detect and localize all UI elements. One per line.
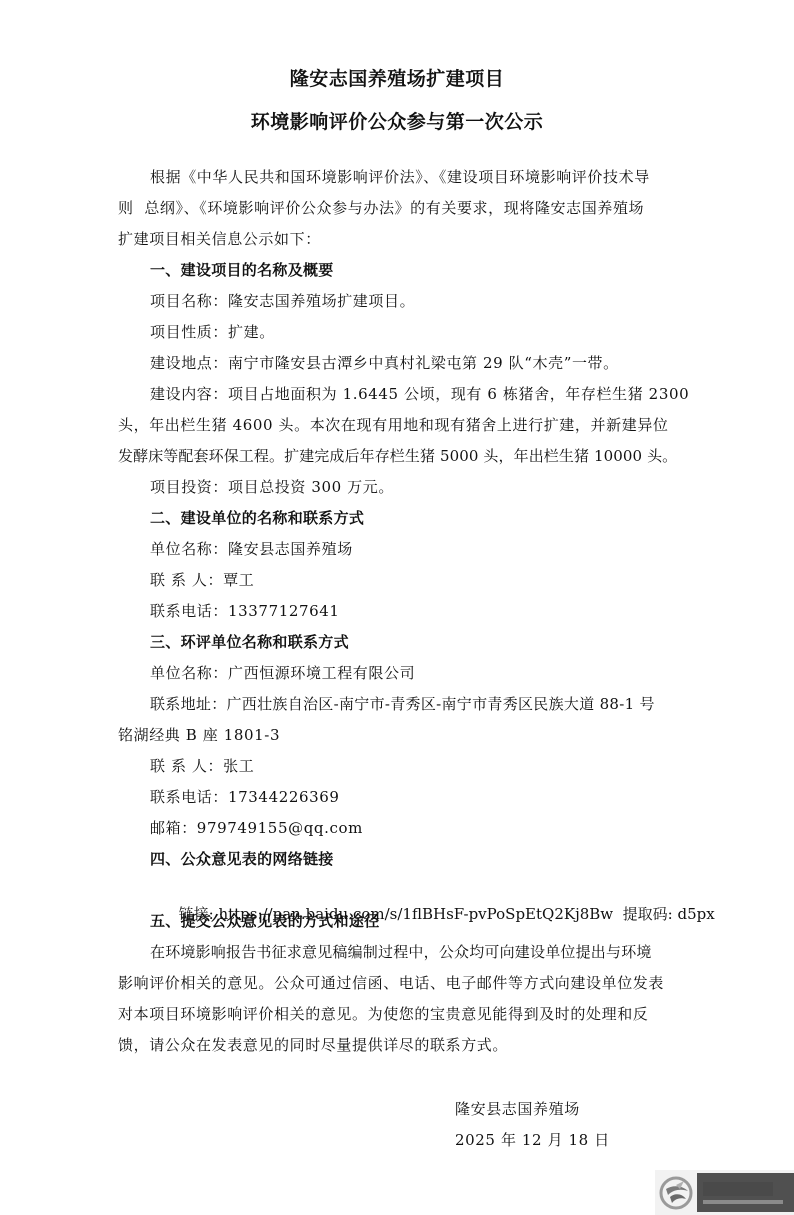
signature-date: 2025 年 12 月 18 日 xyxy=(455,1129,610,1150)
intro-line: 根据《中华人民共和国环境影响评价法》、《建设项目环境影响评价技术导 xyxy=(118,165,678,196)
document-page: 隆安志国养殖场扩建项目 环境影响评价公众参与第一次公示 根据《中华人民共和国环境… xyxy=(0,0,794,1215)
feedback-link-line: 链接: https://pan.baidu.com/s/1flBHsF-pvPo… xyxy=(118,878,678,909)
eia-phone: 联系电话：17344226369 xyxy=(118,785,678,816)
project-name: 项目名称：隆安志国养殖场扩建项目。 xyxy=(118,289,678,320)
builder-phone: 联系电话：13377127641 xyxy=(118,599,678,630)
eia-contact: 联 系 人：张工 xyxy=(118,754,678,785)
logo-text-block xyxy=(697,1173,794,1212)
project-investment: 项目投资：项目总投资 300 万元。 xyxy=(118,475,678,506)
document-body: 根据《中华人民共和国环境影响评价法》、《建设项目环境影响评价技术导 则 总纲》、… xyxy=(118,165,678,1064)
eia-unit-name: 单位名称：广西恒源环境工程有限公司 xyxy=(118,661,678,692)
signature-org: 隆安县志国养殖场 xyxy=(455,1098,580,1119)
intro-line: 扩建项目相关信息公示如下： xyxy=(118,227,678,258)
project-content-line: 头，年出栏生猪 4600 头。本次在现有用地和现有猪舍上进行扩建，并新建异位 xyxy=(118,413,678,444)
eia-email: 邮箱：979749155@qq.com xyxy=(118,816,678,847)
section5-line: 馈，请公众在发表意见的同时尽量提供详尽的联系方式。 xyxy=(118,1033,678,1064)
section4-heading: 四、公众意见表的网络链接 xyxy=(118,847,678,878)
eia-address-line: 联系地址：广西壮族自治区-南宁市-青秀区-南宁市青秀区民族大道 88-1 号 xyxy=(118,692,678,723)
watermark-logo xyxy=(655,1170,794,1215)
section5-line: 在环境影响报告书征求意见稿编制过程中，公众均可向建设单位提出与环境 xyxy=(118,940,678,971)
builder-contact: 联 系 人：覃工 xyxy=(118,568,678,599)
swoosh-logo-icon xyxy=(655,1170,697,1215)
project-location: 建设地点：南宁市隆安县古潭乡中真村礼梁屯第 29 队“木壳”一带。 xyxy=(118,351,678,382)
extraction-code: d5px xyxy=(677,905,714,923)
project-content-line: 发酵床等配套环保工程。扩建完成后年存栏生猪 5000 头，年出栏生猪 10000… xyxy=(118,444,678,475)
section5-line: 对本项目环境影响评价相关的意见。为使您的宝贵意见能得到及时的处理和反 xyxy=(118,1002,678,1033)
builder-unit-name: 单位名称：隆安县志国养殖场 xyxy=(118,537,678,568)
section2-heading: 二、建设单位的名称和联系方式 xyxy=(118,506,678,537)
section3-heading: 三、环评单位名称和联系方式 xyxy=(118,630,678,661)
document-title: 隆安志国养殖场扩建项目 xyxy=(0,64,794,91)
project-content-line: 建设内容：项目占地面积为 1.6445 公顷，现有 6 栋猪舍，年存栏生猪 23… xyxy=(118,382,678,413)
project-nature: 项目性质：扩建。 xyxy=(118,320,678,351)
intro-line: 则 总纲》、《环境影响评价公众参与办法》的有关要求，现将隆安志国养殖场 xyxy=(118,196,678,227)
code-label: 提取码: xyxy=(613,905,677,923)
eia-address-line: 铭湖经典 B 座 1801-3 xyxy=(118,723,678,754)
document-subtitle: 环境影响评价公众参与第一次公示 xyxy=(0,107,794,134)
section1-heading: 一、建设项目的名称及概要 xyxy=(118,258,678,289)
section5-line: 影响评价相关的意见。公众可通过信函、电话、电子邮件等方式向建设单位发表 xyxy=(118,971,678,1002)
